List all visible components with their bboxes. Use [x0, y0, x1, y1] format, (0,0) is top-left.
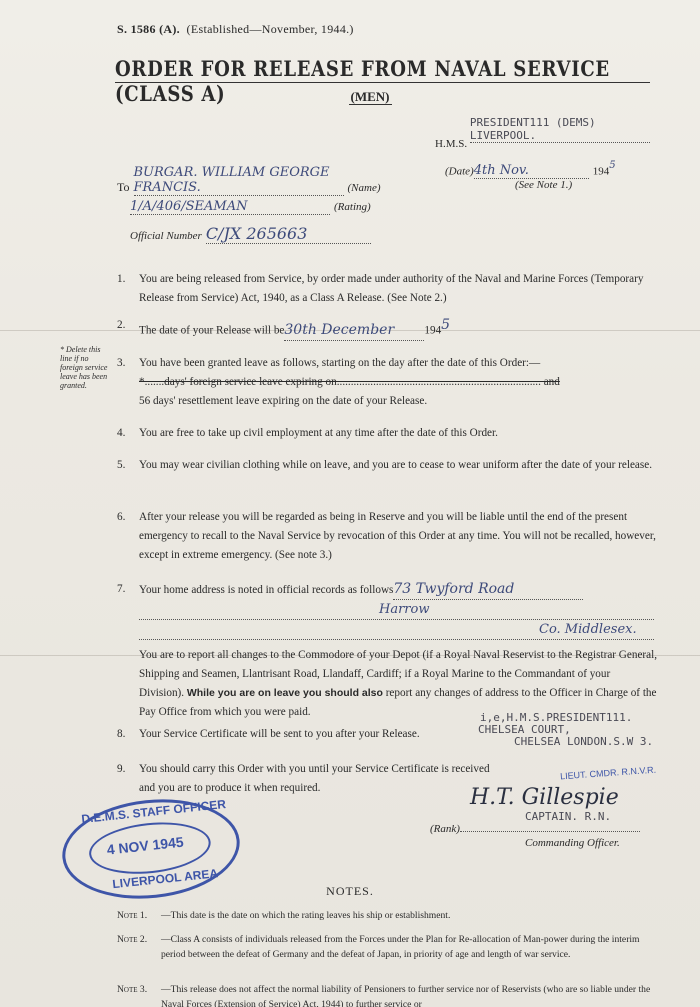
release-order-document: S. 1586 (A). (Established—November, 1944… — [0, 0, 700, 1007]
rank-field: CAPTAIN. R.N. (Rank) Commanding Officer. — [430, 810, 640, 849]
note-1: Note 1.—This date is the date on which t… — [117, 908, 652, 923]
struck-foreign-leave-line: *.......days' foreign service leave expi… — [139, 376, 560, 388]
recipient-name-field: To BURGAR. WILLIAM GEORGE FRANCIS. (Name… — [117, 165, 381, 196]
rank-stamp: LIEUT. CMDR. R.N.V.R. — [560, 765, 657, 782]
signature: H.T. Gillespie — [470, 785, 619, 810]
paragraph-8: 8.Your Service Certificate will be sent … — [117, 725, 657, 744]
date-field: (Date)4th Nov. 1945 (See Note 1.) — [445, 160, 616, 191]
paragraph-2: 2.The date of your Release will be30th D… — [117, 316, 657, 341]
paragraph-6: 6.After your release you will be regarde… — [117, 508, 657, 565]
notes-heading: NOTES. — [0, 884, 700, 899]
rating-field: 1/A/406/SEAMAN (Rating) — [130, 197, 371, 215]
paragraph-1: 1.You are being released from Service, b… — [117, 270, 657, 308]
margin-note: * Delete this line if no foreign service… — [60, 345, 110, 390]
paragraph-3: 3.You have been granted leave as follows… — [117, 354, 657, 411]
note-3: Note 3.—This release does not affect the… — [117, 982, 652, 1007]
paragraph-4: 4.You are free to take up civil employme… — [117, 424, 657, 443]
paragraph-5: 5.You may wear civilian clothing while o… — [117, 456, 657, 475]
title-underline — [115, 82, 650, 83]
paragraph-9: 9.You should carry this Order with you u… — [117, 760, 497, 798]
paragraph-7: 7.Your home address is noted in official… — [117, 580, 657, 722]
note-2: Note 2.—Class A consists of individuals … — [117, 932, 652, 962]
ship-field: H.M.S. PRESIDENT111 (DEMS) LIVERPOOL. — [435, 124, 650, 151]
form-number: S. 1586 (A). (Established—November, 1944… — [117, 22, 354, 37]
official-number-field: Official Number C/JX 265663 — [130, 224, 371, 244]
document-subtitle: (MEN) — [0, 88, 700, 106]
